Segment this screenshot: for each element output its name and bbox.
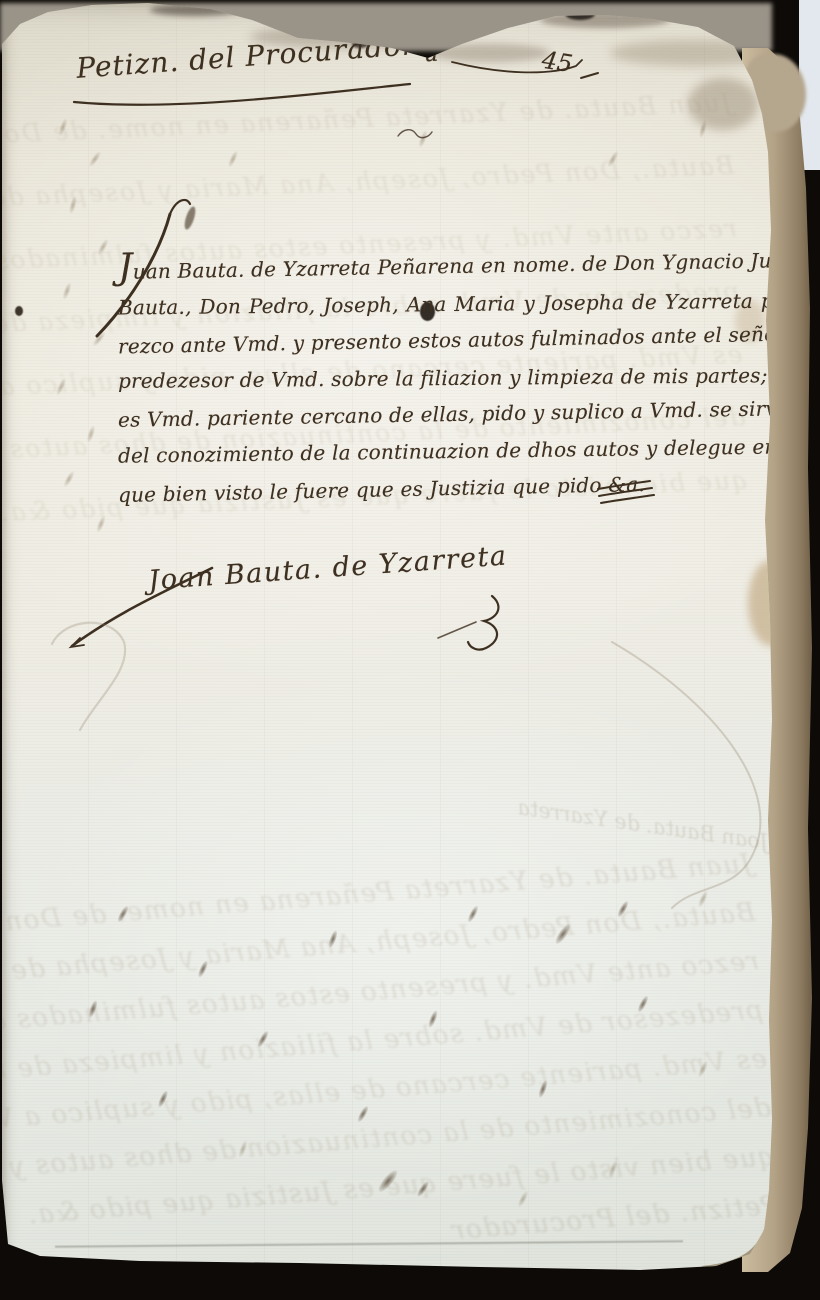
folio-number: 45 (540, 46, 575, 78)
manuscript-line: del conozimiento de la continuazion de d… (118, 428, 786, 474)
showthrough-fleck (62, 470, 76, 489)
showthrough-fleck (57, 118, 69, 137)
marginal-scribble (398, 130, 432, 138)
etcetera-rule-1 (598, 481, 650, 489)
showthrough-fleck (427, 1010, 439, 1029)
edge-grime (688, 78, 758, 130)
showthrough-fleck (61, 282, 73, 301)
showthrough-fleck (256, 1030, 270, 1049)
etcetera-rule-3 (601, 495, 654, 503)
signature: Joan Bauta. de Yzarreta (147, 540, 508, 596)
showthrough-fleck (54, 378, 67, 397)
showthrough-fleck (196, 960, 209, 979)
signature-tail-stroke (438, 622, 476, 638)
showthrough-fleck (698, 120, 708, 139)
ink-showthrough-lower: Juan Bauta. de Yzarreta Peñarena en nome… (12, 840, 780, 1289)
ink-showthrough-line: Joan Bauta. de Yzarreta (420, 782, 770, 854)
showthrough-fleck (516, 1190, 530, 1209)
showthrough-fleck (327, 930, 339, 949)
book-scan: Juan Bauta. de Yzarreta Peñarena en nome… (0, 0, 820, 1300)
showthrough-fleck (696, 1060, 709, 1079)
showthrough-fleck (116, 905, 130, 924)
ink-showthrough-upper: Juan Bauta. de Yzarreta Peñarena en nome… (21, 71, 750, 543)
showthrough-fleck (553, 922, 573, 946)
showthrough-fleck (87, 1000, 99, 1019)
initial-descender (97, 214, 170, 336)
manuscript-line: rezco ante Vmd. y presento estos autos f… (118, 316, 787, 366)
showthrough-fleck (91, 330, 107, 348)
manuscript-line: Juan Bauta. de Yzarreta Peñarena en nome… (118, 237, 787, 291)
showthrough-loop-center (612, 642, 760, 908)
stain (735, 300, 765, 342)
showthrough-loop-left (52, 623, 125, 730)
etcetera-rule-2 (599, 488, 652, 496)
showthrough-fleck (415, 1180, 430, 1198)
showthrough-fleck (95, 515, 107, 534)
initial-curl (170, 200, 190, 214)
showthrough-fleck (466, 905, 480, 924)
signature-rubric (468, 596, 498, 650)
signature-lead-flourish (72, 568, 212, 646)
showthrough-fleck (156, 1090, 169, 1109)
showthrough-fleck (606, 150, 620, 169)
showthrough-fleck (607, 1160, 619, 1179)
manuscript-line: es Vmd. pariente cercano de ellas, pido … (118, 390, 787, 439)
ink-smudge (182, 205, 197, 230)
manuscript-line: que bien visto le fuere que es Justizia … (118, 463, 787, 514)
folio-dash (581, 73, 598, 78)
heading-underline (74, 84, 410, 105)
manuscript-line: predezesor de Vmd. sobre la filiazion y … (118, 357, 786, 400)
showthrough-fleck (237, 1140, 249, 1159)
paraph-swash (452, 60, 582, 72)
petition-body: Juan Bauta. de Yzarreta Peñarena en nome… (118, 243, 786, 507)
wormhole (15, 306, 23, 316)
showthrough-fleck (226, 150, 239, 169)
showthrough-fleck (616, 900, 630, 919)
showthrough-fleck (376, 1168, 400, 1194)
showthrough-fleck (537, 1080, 549, 1099)
showthrough-fleck (85, 425, 96, 444)
pen-flourishes (0, 0, 820, 1300)
showthrough-fleck (68, 196, 78, 215)
showthrough-fleck (636, 995, 650, 1014)
showthrough-fleck (696, 890, 709, 909)
showthrough-fleck (87, 150, 102, 168)
showthrough-fleck (356, 1105, 370, 1124)
manuscript-line: Bauta., Don Pedro, Joseph, Ana Maria y J… (118, 283, 786, 327)
pencil-line (55, 1240, 683, 1247)
showthrough-fleck (96, 238, 110, 257)
signature-lead-tip (71, 638, 84, 647)
manuscript-page: Juan Bauta. de Yzarreta Peñarena en nome… (0, 0, 820, 1300)
ink-blot (420, 302, 435, 321)
showthrough-fleck (417, 130, 429, 149)
